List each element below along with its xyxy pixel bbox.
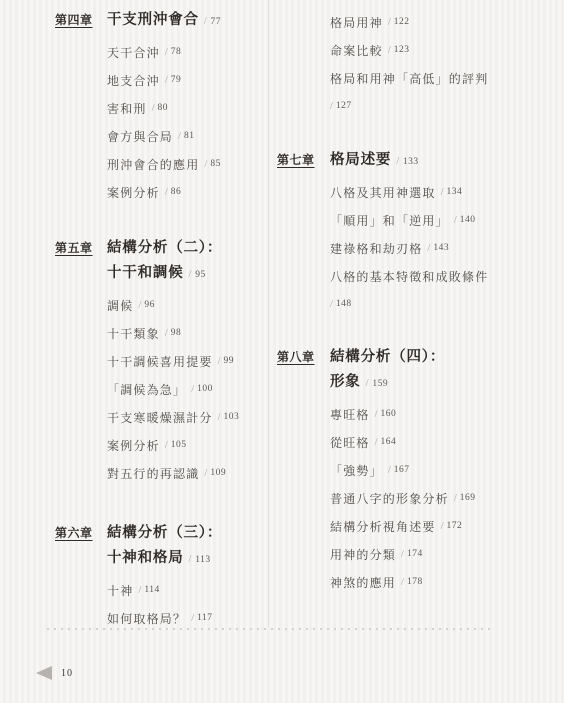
toc-entry-page-wrap: /148: [330, 290, 559, 318]
chapter-label-cell: [277, 8, 330, 120]
entry-page-number: 109: [210, 468, 226, 478]
slash-separator: /: [396, 156, 400, 167]
toc-column-left: 第四章干支刑沖會合/77天干合沖/78地支合沖/79害和刑/80會方與合局/81…: [55, 0, 269, 632]
toc-entry: 對五行的再認識/109: [107, 459, 269, 487]
slash-separator: /: [375, 437, 378, 448]
entry-page-number: 133: [403, 157, 419, 167]
slash-separator: /: [165, 440, 168, 451]
slash-separator: /: [138, 585, 141, 596]
toc-entry-text: 普通八字的形象分析: [330, 490, 449, 507]
toc-entry-text: 結構分析視角述要: [330, 518, 436, 535]
entry-page-number: 172: [447, 521, 463, 531]
chapter-title-line: 十干和調候/95: [107, 261, 269, 288]
slash-separator: /: [165, 187, 168, 198]
slash-separator: /: [204, 159, 207, 170]
chapter-title-line: 格局述要/133: [330, 148, 559, 175]
chapter-title: 結構分析（三）：十神和格局/113: [107, 521, 269, 573]
toc-entry: 格局用神/122: [330, 8, 559, 36]
chapter-label-cell: 第五章: [55, 236, 107, 487]
toc-entry: 刑沖會合的應用/85: [107, 150, 269, 178]
slash-separator: /: [178, 131, 181, 142]
toc-entry-text: 十干調候喜用提要: [107, 353, 213, 370]
toc-section: 第七章格局述要/133八格及其用神選取/134「順用」和「逆用」/140建祿格和…: [277, 148, 559, 318]
slash-separator: /: [138, 300, 141, 311]
entry-page-number: 79: [171, 75, 182, 85]
entry-page-number: 99: [224, 356, 235, 366]
toc-entry-text: 格局用神: [330, 14, 383, 31]
entry-page-number: 103: [224, 412, 240, 422]
slash-separator: /: [204, 468, 207, 479]
toc-entry: 用神的分類/174: [330, 540, 559, 568]
chapter-label: 第六章: [55, 526, 93, 540]
toc-entry: 八格及其用神選取/134: [330, 178, 559, 206]
entry-page-number: 80: [158, 103, 169, 113]
toc-entry-text: 八格的基本特徵和成敗條件: [330, 268, 488, 285]
toc-entry: 「調候為急」/100: [107, 375, 269, 403]
toc-section: 格局用神/122命案比較/123格局和用神「高低」的評判/127: [277, 8, 559, 120]
slash-separator: /: [388, 465, 391, 476]
toc-entry: 「順用」和「逆用」/140: [330, 206, 559, 234]
slash-separator: /: [330, 299, 333, 310]
toc-entry: 案例分析/86: [107, 178, 269, 206]
toc-entry: 調候/96: [107, 291, 269, 319]
entry-page-number: 117: [197, 613, 212, 623]
slash-separator: /: [165, 328, 168, 339]
entry-page-number: 143: [433, 243, 449, 253]
page-footer: 10: [36, 665, 73, 681]
chapter-content: 格局述要/133八格及其用神選取/134「順用」和「逆用」/140建祿格和劫刃格…: [330, 148, 559, 318]
chapter-title: 干支刑沖會合/77: [107, 8, 269, 35]
toc-section: 第八章結構分析（四）：形象/159專旺格/160從旺格/164「強勢」/167普…: [277, 345, 559, 596]
toc-entry-text: 建祿格和劫刃格: [330, 240, 422, 257]
toc-entry: 地支合沖/79: [107, 66, 269, 94]
slash-separator: /: [441, 187, 444, 198]
entry-page-number: 113: [195, 555, 210, 565]
toc-entry-text: 會方與合局: [107, 128, 173, 145]
entry-page-number: 96: [144, 300, 155, 310]
toc-entry: 建祿格和劫刃格/143: [330, 234, 559, 262]
chapter-label: 第五章: [55, 241, 93, 255]
toc-entry: 神煞的應用/178: [330, 568, 559, 596]
toc-entry-text: 干支寒暖燥濕計分: [107, 409, 213, 426]
chapter-label: 第四章: [55, 13, 93, 27]
slash-separator: /: [191, 613, 194, 624]
toc-entry: 干支寒暖燥濕計分/103: [107, 403, 269, 431]
slash-separator: /: [388, 45, 391, 56]
entry-page-number: 169: [460, 493, 476, 503]
chapter-content: 結構分析（三）：十神和格局/113十神/114如何取格局？/117: [107, 521, 269, 632]
footer-dotted-rule: [47, 628, 490, 630]
toc-section: 第六章結構分析（三）：十神和格局/113十神/114如何取格局？/117: [55, 521, 269, 632]
slash-separator: /: [218, 412, 221, 423]
toc-entry-page-wrap: /127: [330, 92, 559, 120]
toc-entry-text: 刑沖會合的應用: [107, 156, 199, 173]
toc-entry: 十神/114: [107, 576, 269, 604]
slash-separator: /: [401, 577, 404, 588]
toc-entry: 結構分析視角述要/172: [330, 512, 559, 540]
toc-entry-text: 專旺格: [330, 406, 370, 423]
entry-page-number: 98: [171, 328, 182, 338]
entry-page-number: 127: [336, 101, 352, 111]
entry-page-number: 178: [407, 577, 423, 587]
toc-entry-text: 十干類象: [107, 325, 160, 342]
chapter-label-cell: 第八章: [277, 345, 330, 596]
chapter-label-cell: 第七章: [277, 148, 330, 318]
toc-entry: 命案比較/123: [330, 36, 559, 64]
entry-page-number: 122: [394, 17, 410, 27]
toc-entry-text: 用神的分類: [330, 546, 396, 563]
toc-entry-text: 如何取格局？: [107, 610, 186, 627]
toc-entry-text: 格局和用神「高低」的評判: [330, 70, 488, 87]
entry-page-number: 160: [381, 409, 397, 419]
slash-separator: /: [189, 269, 193, 280]
chapter-title: 格局述要/133: [330, 148, 559, 175]
toc-entry-text: 案例分析: [107, 437, 160, 454]
chapter-title-line: 形象/159: [330, 370, 559, 397]
slash-separator: /: [189, 554, 193, 565]
slash-separator: /: [454, 493, 457, 504]
toc-entry: 害和刑/80: [107, 94, 269, 122]
entry-page-number: 77: [211, 17, 222, 27]
chapter-label: 第八章: [277, 350, 315, 364]
entry-page-number: 114: [144, 585, 159, 595]
chapter-label-cell: 第四章: [55, 8, 107, 206]
toc-entry: 專旺格/160: [330, 400, 559, 428]
toc-entry: 從旺格/164: [330, 428, 559, 456]
toc-entry-text: 神煞的應用: [330, 574, 396, 591]
chapter-content: 結構分析（二）：十干和調候/95調候/96十干類象/98十干調候喜用提要/99「…: [107, 236, 269, 487]
chapter-title: 結構分析（二）：十干和調候/95: [107, 236, 269, 288]
entry-page-number: 78: [171, 47, 182, 57]
chapter-title-line: 干支刑沖會合/77: [107, 8, 269, 35]
entry-page-number: 86: [171, 187, 182, 197]
chapter-label-cell: 第六章: [55, 521, 107, 632]
page-number: 10: [61, 668, 73, 679]
entry-page-number: 148: [336, 299, 352, 309]
slash-separator: /: [165, 47, 168, 58]
entry-page-number: 95: [195, 270, 206, 280]
slash-separator: /: [454, 215, 457, 226]
toc-entry: 八格的基本特徵和成敗條件: [330, 262, 559, 290]
toc-entry-text: 「強勢」: [330, 462, 383, 479]
toc-page: 第四章干支刑沖會合/77天干合沖/78地支合沖/79害和刑/80會方與合局/81…: [0, 0, 564, 703]
slash-separator: /: [441, 521, 444, 532]
slash-separator: /: [401, 549, 404, 560]
entry-page-number: 85: [210, 159, 221, 169]
toc-entry-text: 害和刑: [107, 100, 147, 117]
chapter-content: 干支刑沖會合/77天干合沖/78地支合沖/79害和刑/80會方與合局/81刑沖會…: [107, 8, 269, 206]
toc-section: 第四章干支刑沖會合/77天干合沖/78地支合沖/79害和刑/80會方與合局/81…: [55, 8, 269, 206]
toc-entry-text: 命案比較: [330, 42, 383, 59]
toc-entry: 「強勢」/167: [330, 456, 559, 484]
slash-separator: /: [388, 17, 391, 28]
toc-entry: 案例分析/105: [107, 431, 269, 459]
entry-page-number: 81: [184, 131, 195, 141]
toc-column-right: 格局用神/122命案比較/123格局和用神「高低」的評判/127第七章格局述要/…: [277, 0, 559, 596]
entry-page-number: 159: [372, 379, 388, 389]
toc-entry: 普通八字的形象分析/169: [330, 484, 559, 512]
toc-section: 第五章結構分析（二）：十干和調候/95調候/96十干類象/98十干調候喜用提要/…: [55, 236, 269, 487]
entry-page-number: 105: [171, 440, 187, 450]
slash-separator: /: [152, 103, 155, 114]
toc-entry-text: 案例分析: [107, 184, 160, 201]
toc-entry-text: 天干合沖: [107, 44, 160, 61]
toc-entry-text: 調候: [107, 297, 133, 314]
entry-page-number: 167: [394, 465, 410, 475]
toc-entry: 天干合沖/78: [107, 38, 269, 66]
slash-separator: /: [375, 409, 378, 420]
slash-separator: /: [218, 356, 221, 367]
slash-separator: /: [191, 384, 194, 395]
chapter-title-line: 結構分析（二）：: [107, 236, 269, 261]
slash-separator: /: [204, 16, 208, 27]
chapter-content: 格局用神/122命案比較/123格局和用神「高低」的評判/127: [330, 8, 559, 120]
slash-separator: /: [427, 243, 430, 254]
toc-entry: 十干調候喜用提要/99: [107, 347, 269, 375]
chapter-content: 結構分析（四）：形象/159專旺格/160從旺格/164「強勢」/167普通八字…: [330, 345, 559, 596]
chapter-title-line: 結構分析（三）：: [107, 521, 269, 546]
toc-entry-text: 八格及其用神選取: [330, 184, 436, 201]
page-back-arrow-icon[interactable]: [36, 666, 52, 680]
entry-page-number: 140: [460, 215, 476, 225]
slash-separator: /: [165, 75, 168, 86]
toc-entry-text: 十神: [107, 582, 133, 599]
chapter-title-line: 結構分析（四）：: [330, 345, 559, 370]
chapter-title: 結構分析（四）：形象/159: [330, 345, 559, 397]
chapter-label: 第七章: [277, 153, 315, 167]
toc-entry-text: 「順用」和「逆用」: [330, 212, 449, 229]
entry-page-number: 100: [197, 384, 213, 394]
entry-page-number: 164: [381, 437, 397, 447]
slash-separator: /: [366, 378, 370, 389]
entry-page-number: 123: [394, 45, 410, 55]
entry-page-number: 134: [447, 187, 463, 197]
chapter-title-line: 十神和格局/113: [107, 546, 269, 573]
toc-entry-text: 從旺格: [330, 434, 370, 451]
toc-entry: 會方與合局/81: [107, 122, 269, 150]
toc-entry-text: 地支合沖: [107, 72, 160, 89]
entry-page-number: 174: [407, 549, 423, 559]
slash-separator: /: [330, 101, 333, 112]
toc-entry-text: 對五行的再認識: [107, 465, 199, 482]
toc-entry: 十干類象/98: [107, 319, 269, 347]
toc-entry: 格局和用神「高低」的評判: [330, 64, 559, 92]
toc-entry-text: 「調候為急」: [107, 381, 186, 398]
